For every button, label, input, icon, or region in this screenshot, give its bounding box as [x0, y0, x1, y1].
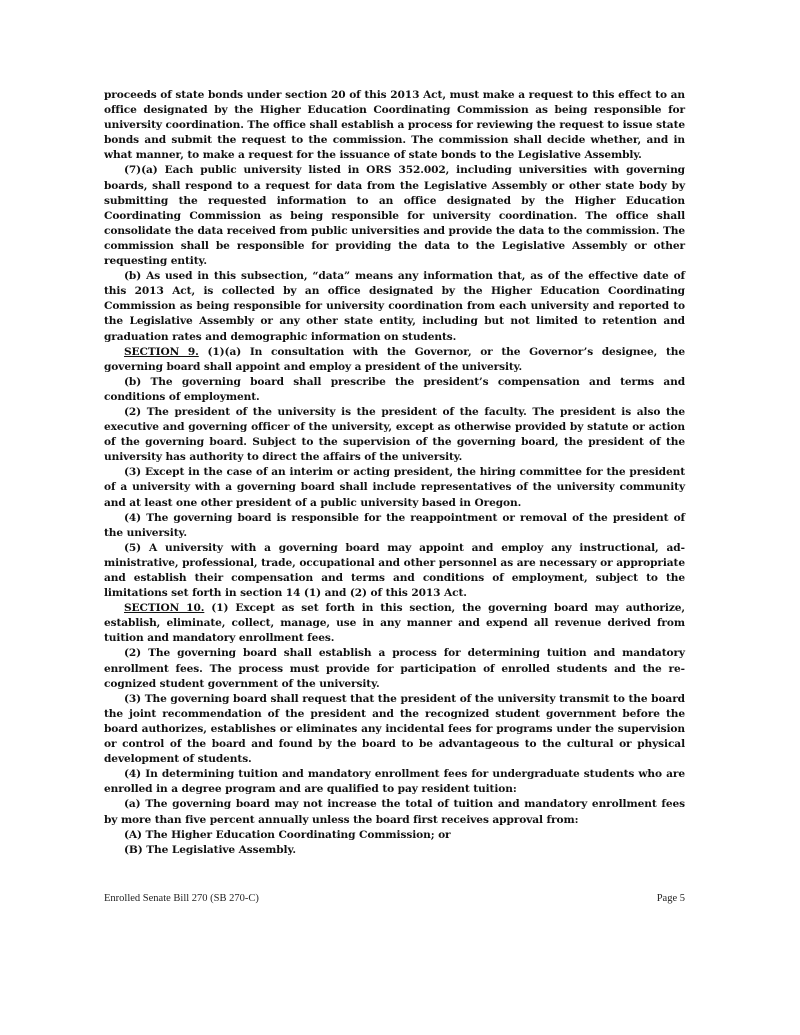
paragraph-text: (5) A university with a governing board …: [104, 542, 685, 599]
paragraph-section-9-1a: SECTION 9. (1)(a) In consultation with t…: [104, 345, 685, 375]
paragraph-continuation: proceeds of state bonds under section 20…: [104, 88, 685, 163]
paragraph-text: (4) The governing board is responsible f…: [104, 512, 685, 539]
paragraph-10-2: (2) The governing board shall establish …: [104, 646, 685, 691]
paragraph-text: (2) The president of the university is t…: [104, 406, 685, 463]
paragraph-text: (A) The Higher Education Coordinating Co…: [124, 829, 451, 841]
paragraph-section-10-1: SECTION 10. (1) Except as set forth in t…: [104, 601, 685, 646]
paragraph-9-5: (5) A university with a governing board …: [104, 541, 685, 601]
paragraph-7b: (b) As used in this subsection, “data” m…: [104, 269, 685, 344]
document-body: proceeds of state bonds under section 20…: [104, 88, 685, 858]
paragraph-text: (b) As used in this subsection, “data” m…: [104, 270, 685, 342]
section-heading: SECTION 10.: [124, 602, 204, 614]
paragraph-text: proceeds of state bonds under section 20…: [104, 89, 685, 161]
paragraph-9-3: (3) Except in the case of an interim or …: [104, 465, 685, 510]
paragraph-10-4: (4) In determining tuition and mandatory…: [104, 767, 685, 797]
paragraph-text: (3) The governing board shall request th…: [104, 693, 685, 765]
paragraph-text: (7)(a) Each public university listed in …: [104, 164, 685, 267]
paragraph-9-2: (2) The president of the university is t…: [104, 405, 685, 465]
paragraph-text: (B) The Legislative Assembly.: [124, 844, 296, 856]
paragraph-9-1b: (b) The governing board shall prescribe …: [104, 375, 685, 405]
paragraph-10-4a: (a) The governing board may not increase…: [104, 797, 685, 827]
paragraph-7a: (7)(a) Each public university listed in …: [104, 163, 685, 269]
bill-label: Enrolled Senate Bill 270 (SB 270-C): [104, 893, 259, 904]
paragraph-text: (4) In determining tuition and mandatory…: [104, 768, 685, 795]
paragraph-text: (3) Except in the case of an interim or …: [104, 466, 685, 508]
page-number: Page 5: [657, 893, 685, 904]
section-heading: SECTION 9.: [124, 346, 199, 358]
paragraph-text: (a) The governing board may not increase…: [104, 798, 685, 825]
paragraph-text: (b) The governing board shall prescribe …: [104, 376, 685, 403]
paragraph-10-4a-A: (A) The Higher Education Coordinating Co…: [104, 828, 685, 843]
paragraph-10-4a-B: (B) The Legislative Assembly.: [104, 843, 685, 858]
page-footer: Enrolled Senate Bill 270 (SB 270-C) Page…: [104, 893, 685, 904]
paragraph-9-4: (4) The governing board is responsible f…: [104, 511, 685, 541]
paragraph-text: (2) The governing board shall establish …: [104, 647, 685, 689]
paragraph-10-3: (3) The governing board shall request th…: [104, 692, 685, 767]
